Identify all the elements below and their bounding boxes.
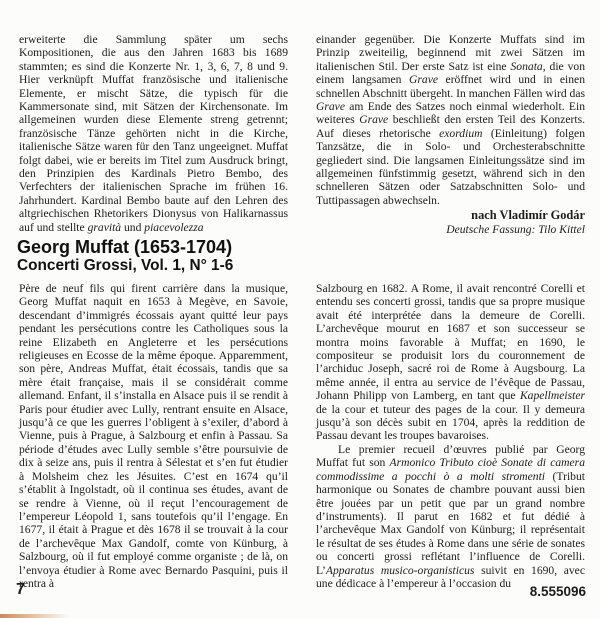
text: (Tribut harmonique ou Sonates de chambre…	[316, 470, 585, 577]
french-paragraph: Salzbourg en 1682. A Rome, il avait renc…	[316, 282, 585, 443]
heading-subtitle: Concerti Grossi, Vol. 1, N° 1-6	[17, 257, 233, 274]
german-paragraph: erweiterte die Sammlung später um sechs …	[19, 33, 288, 234]
text: Salzbourg en 1682. A Rome, il avait renc…	[316, 282, 585, 402]
credit-block: nach Vladimír Godár Deutsche Fassung: Ti…	[316, 209, 585, 236]
italic-term: Grave	[316, 100, 345, 113]
italic-term: Grave	[359, 113, 388, 126]
italic-term: Sonata	[511, 60, 543, 73]
page-edge-decoration	[0, 614, 70, 618]
italic-title: Apparatus musico-organisticus	[326, 564, 475, 577]
french-paragraph: Le premier recueil d’œuvres publié par G…	[316, 443, 585, 590]
german-paragraph: einander gegenüber. Die Konzerte Muffats…	[316, 33, 585, 207]
author-credit: nach Vladimír Godár	[316, 209, 585, 222]
german-text-left-column: erweiterte die Sammlung später um sechs …	[19, 33, 288, 234]
page-number: 7	[16, 581, 25, 599]
text: de la cour et tuteur des pages de la cou…	[316, 403, 585, 443]
german-text-right-column: einander gegenüber. Die Konzerte Muffats…	[316, 33, 585, 236]
french-text-right-column: Salzbourg en 1682. A Rome, il avait renc…	[316, 282, 585, 590]
text: und	[121, 221, 144, 234]
italic-term: Grave	[409, 73, 438, 86]
heading-title: Georg Muffat (1653-1704)	[17, 238, 233, 257]
italic-term: gravità	[88, 221, 122, 234]
text: erweiterte die Sammlung später um sechs …	[19, 33, 288, 234]
french-paragraph: Père de neuf fils qui firent carrière da…	[19, 282, 288, 590]
italic-term: exordium	[439, 127, 482, 140]
catalogue-number: 8.555096	[508, 584, 586, 599]
french-text-left-column: Père de neuf fils qui firent carrière da…	[19, 282, 288, 590]
section-heading: Georg Muffat (1653-1704) Concerti Grossi…	[17, 238, 233, 274]
italic-term: Kapellmeister	[520, 389, 585, 402]
italic-term: piacevolezza	[144, 221, 203, 234]
translation-credit: Deutsche Fassung: Tilo Kittel	[316, 223, 585, 236]
